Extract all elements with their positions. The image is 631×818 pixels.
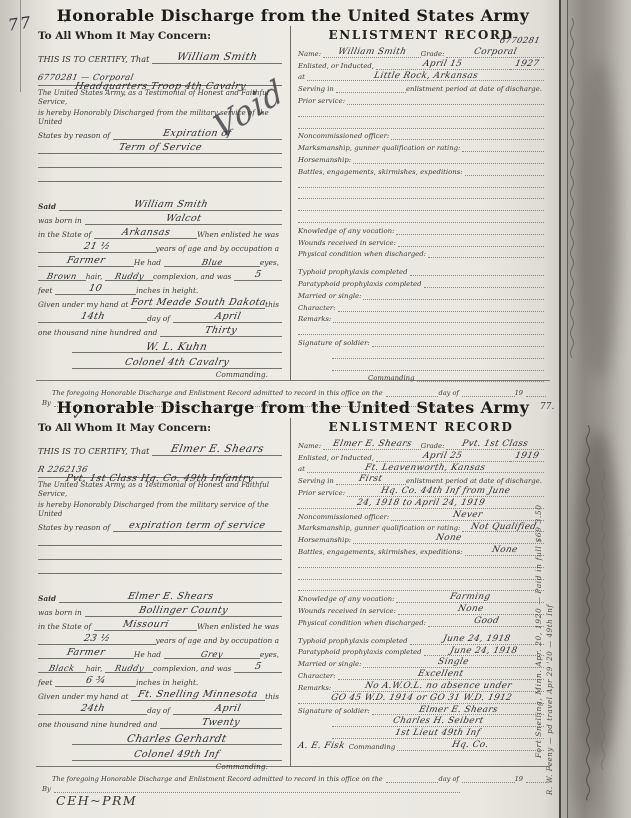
document-title: Honorable Discharge from the United Stat… [36,398,550,418]
certificate-body: Void To All Whom It May Concern: THIS IS… [36,26,550,381]
certificate-body: To All Whom It May Concern: THIS IS TO C… [36,418,550,767]
record-name: William Smith [337,48,407,57]
day: 14th [80,312,106,322]
enlist-year: 1927 [514,60,540,69]
height-feet: 5 [254,662,263,672]
blank-line [332,359,544,371]
enlist-place: Little Rock, Arkansas [373,72,479,81]
prior-service-2: 24, 1918 to April 24, 1919 [356,499,486,508]
married-value: Single [438,658,470,667]
hair-color: Brown [46,272,78,280]
by-line: By [36,783,550,793]
physical-value: Good [473,617,500,626]
birthplace: Walcot [165,214,202,224]
blank-line [38,532,282,546]
wounds-value: None [457,605,484,614]
admitted-to-record-line: The foregoing Honorable Discharge and En… [36,381,550,397]
battles-value: None [491,546,518,555]
remarks-value-1: No A.W.O.L. no absence under [364,682,513,691]
discharge-certificate-1: Honorable Discharge from the United Stat… [36,6,550,407]
soldier-signature: Elmer E. Shears [418,706,499,715]
salutation: To All Whom It May Concern: [38,30,282,42]
day: 24th [80,704,106,714]
age: 23 ½ [83,634,111,644]
enlist-date: April 15 [423,60,464,69]
officer-title: Colonel 4th Cavalry [124,358,230,368]
marginalia-squiggle [583,425,593,810]
reason-value: Expiration of [162,129,232,139]
blank-line [298,199,544,211]
scan-smudge [579,60,619,380]
hair-color: Black [48,664,75,672]
marginalia-paid-note: Fort Snelling, Minn. Apr. 20, 1920 — Pai… [534,543,543,758]
year: Twenty [201,718,241,728]
said-name: Elmer E. Shears [127,592,214,602]
said-label: Said [38,202,59,211]
serial-line: 6770281 — Corporal [38,65,282,74]
blank-line [298,323,544,335]
marginalia-squiggle [567,18,577,368]
certify-prefix: THIS IS TO CERTIFY, That [38,54,152,64]
officer-signature: Charles Gerhardt [126,734,228,745]
occupation: Farmer [66,256,106,266]
blank-line [38,154,282,168]
officer-signature: W. L. Kuhn [145,342,208,353]
place-of-issue: Fort Meade South Dakota [130,298,267,308]
record-grade: Pvt. 1st Class [461,440,529,449]
enlist-year: 1919 [514,452,540,461]
place-of-issue: Ft. Snelling Minnesota [137,690,259,700]
blank-line [298,105,544,117]
month: April [214,312,242,322]
discharge-certificate-2: Honorable Discharge from the United Stat… [36,398,550,793]
marginalia-travel-note: R. W. Feeny — pd travel Apr 29 '20 — 49t… [546,600,554,795]
record-serial: 6770281 [499,35,541,45]
soldier-name: William Smith [176,52,259,63]
height-feet: 5 [254,270,263,280]
marksmanship-value: Not Qualified [470,523,537,532]
enlist-date: April 25 [423,452,464,461]
enlistment-record-2: ENLISTMENT RECORD Name: Elmer E. Shears … [290,418,550,766]
officer-title: Colonel 49th Inf [133,750,220,760]
state: Missouri [122,620,170,630]
character-value: Excellent [417,670,464,679]
birthplace: Bollinger County [138,606,229,616]
blank-line [38,560,282,574]
paratyphoid-value: June 24, 1918 [449,647,518,656]
processing-mark: CEH~PRM [56,793,137,808]
record-title: ENLISTMENT RECORD [298,420,544,435]
certify-line: THIS IS TO CERTIFY, That William Smith [38,49,282,64]
enlist-place: Ft. Leavenworth, Kansas [364,464,486,473]
record-grade: Corporal [473,48,517,57]
state: Arkansas [121,228,171,238]
reason-label: States by reason of [38,131,113,140]
salutation: To All Whom It May Concern: [38,422,282,434]
blank-line [298,580,544,592]
eye-color: Blue [201,258,224,266]
reason-value: expiration term of service [128,521,266,531]
witness-signature: Charles H. Seibert [392,717,484,726]
handwritten-page-number: 77 [7,12,34,34]
commanding-label: Commanding. [38,762,282,771]
serving-period: First [358,475,383,484]
blank-line [38,168,282,182]
height-inches: 10 [88,284,103,294]
nco-value: Never [452,511,483,520]
blank-line [298,568,544,580]
blank-line [38,546,282,560]
certify-line: THIS IS TO CERTIFY, That Elmer E. Shears [38,441,282,456]
said-label: Said [38,594,59,603]
eye-color: Grey [200,650,224,658]
blank-line [298,188,544,200]
height-inches: 6 ¾ [85,676,107,686]
commanding-unit: Hq. Co. [451,741,489,750]
commanding-label: Commanding. [38,370,282,379]
serial-line: R 2262136 [38,457,282,466]
occupation: Farmer [66,648,106,658]
record-name: Elmer E. Shears [332,440,413,449]
scanned-discharge-page: 77 ✓ ✓ 77. Honorable Discharge from the … [0,0,631,818]
blank-line [298,117,544,129]
marginalia-squiggle [599,470,607,770]
certificate-left-column: Void To All Whom It May Concern: THIS IS… [36,26,290,380]
complexion: Ruddy [114,272,145,280]
blank-line [298,211,544,223]
document-title: Honorable Discharge from the United Stat… [36,6,550,26]
witness-title: 1st Lieut 49th Inf [395,729,482,738]
certificate-left-column: To All Whom It May Concern: THIS IS TO C… [36,418,290,766]
age: 21 ½ [83,242,111,252]
blank-line [298,556,544,568]
commanding-officer-name: A. E. Fisk [297,741,346,751]
certify-prefix: THIS IS TO CERTIFY, That [38,446,152,456]
blank-line [298,176,544,188]
horsemanship-value: None [435,534,462,543]
soldier-name: Elmer E. Shears [170,444,265,455]
typhoid-value: June 24, 1918 [442,635,511,644]
year: Thirty [204,326,238,336]
body-text: is hereby Honorably Discharged from the … [38,500,282,518]
reason-value-2: Term of Service [118,143,203,153]
enlistment-record-1: 6770281 ENLISTMENT RECORD Name: William … [290,26,550,380]
said-name: William Smith [133,200,209,210]
complexion: Ruddy [114,664,145,672]
vocation-value: Farming [449,593,491,602]
blank-line [332,347,544,359]
month: April [214,704,242,714]
prior-service-1: Hq. Co. 44th Inf from June [380,487,511,496]
remarks-value-2: GO 45 W.D. 1914 or GO 31 W.D. 1912 [330,694,513,703]
reason-label: States by reason of [38,523,113,532]
